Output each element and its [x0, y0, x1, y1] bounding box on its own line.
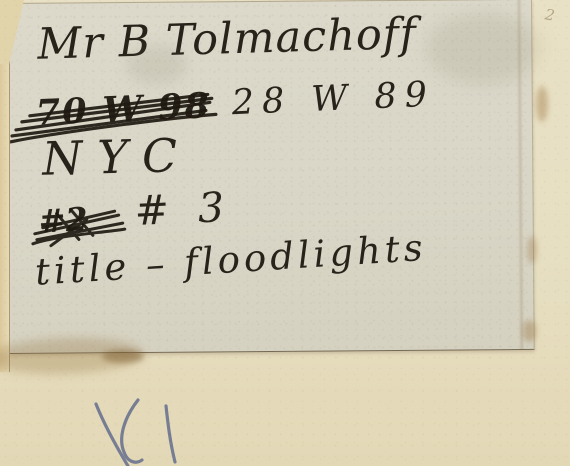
handwritten-title-line: title – floodlights	[34, 229, 428, 291]
handwritten-photo-number: # 3	[134, 187, 233, 232]
faint-pencil-mark: 2	[544, 5, 557, 24]
blue-pencil-mark-81	[90, 382, 195, 466]
photo-verso-card: Mr B Tolmachoff 70 W 98 28 W 89 NYC #2 #…	[7, 0, 535, 354]
handwritten-city: NYC	[42, 132, 193, 182]
photograph-of-handwritten-card: Mr B Tolmachoff 70 W 98 28 W 89 NYC #2 #…	[0, 0, 570, 466]
brown-stain-right-crease-top	[536, 86, 548, 122]
handwritten-old-address-crossed-out: 70 W 98	[35, 88, 211, 130]
handwritten-old-number-crossed-out: #2	[38, 203, 89, 238]
handwritten-name: Mr B Tolmachoff	[37, 13, 418, 67]
card-right-crease	[516, 0, 525, 349]
handwritten-new-address: 28 W 89	[231, 78, 436, 122]
smudge-stain-top-right	[425, 12, 541, 85]
